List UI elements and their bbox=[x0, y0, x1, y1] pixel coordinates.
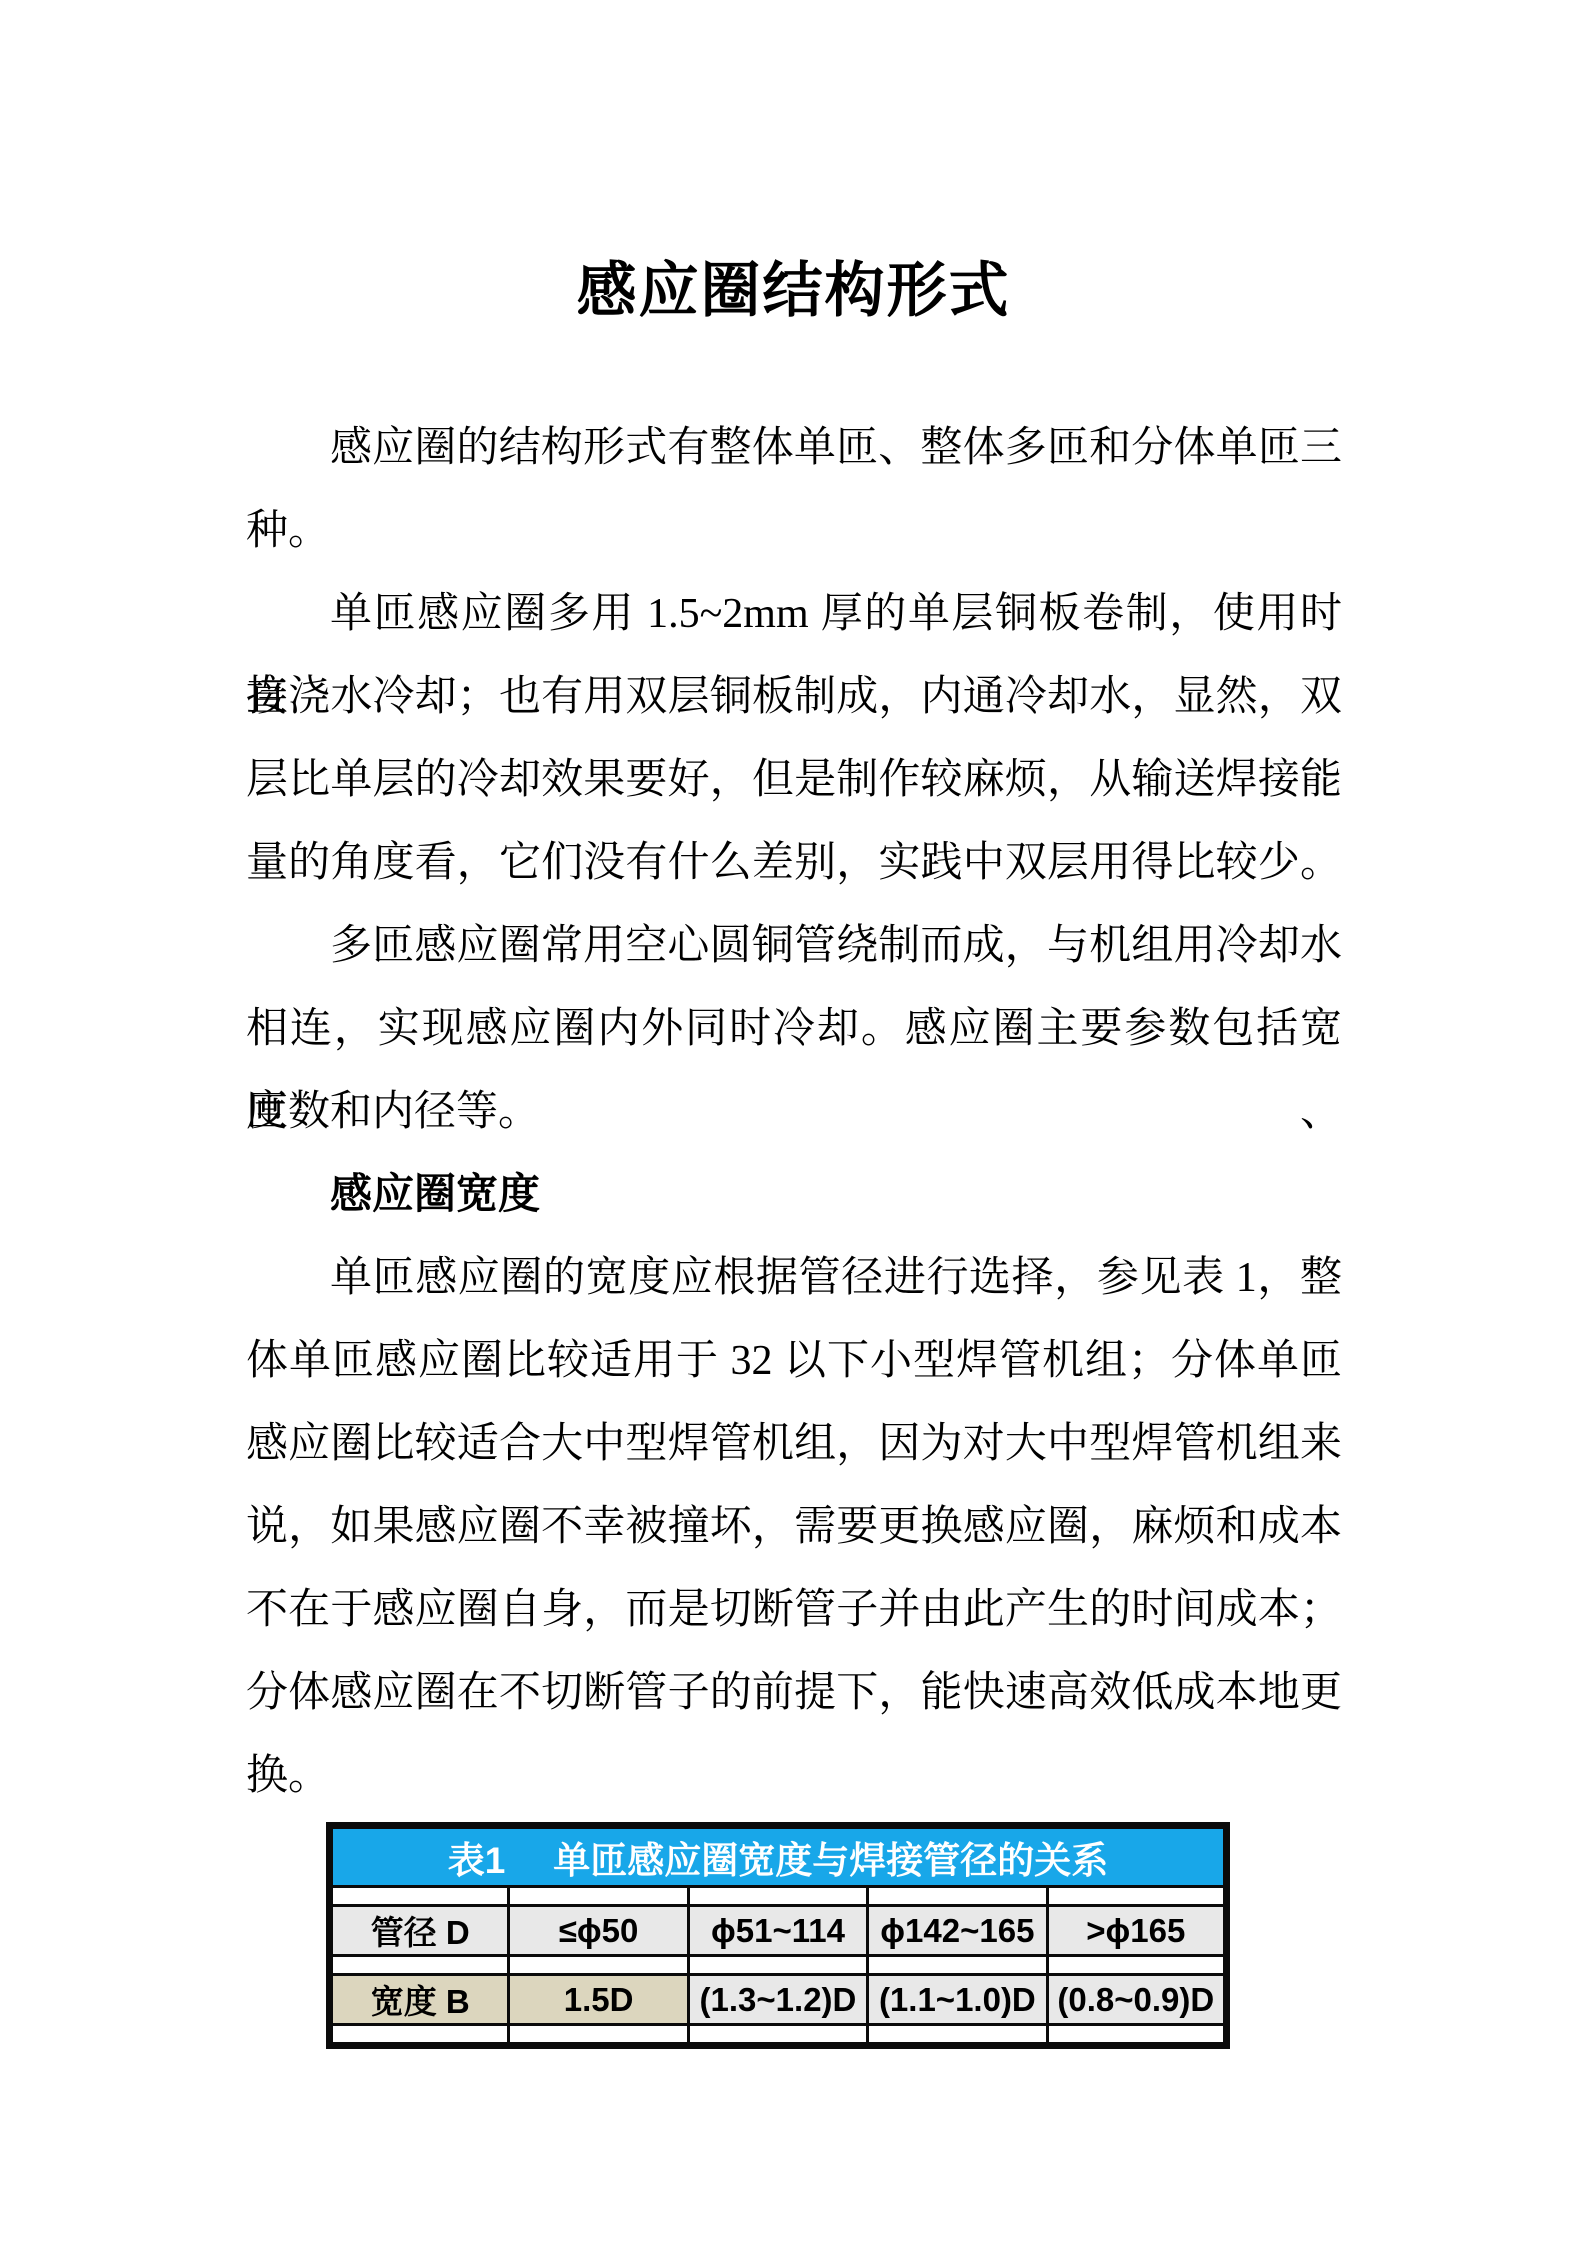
table-caption: 表1单匝感应圈宽度与焊接管径的关系 bbox=[330, 1826, 1227, 1887]
table-cell-width-label: 宽度 B bbox=[330, 1975, 509, 2025]
text-line: 体单匝感应圈比较适用于 32 以下小型焊管机组；分体单匝 bbox=[246, 1320, 1342, 1403]
table-cell-diameter-label: 管径 D bbox=[330, 1906, 509, 1956]
spacer-row bbox=[330, 1956, 1227, 1975]
text-line: 多匝感应圈常用空心圆铜管绕制而成，与机组用冷却水 bbox=[246, 905, 1342, 988]
document-title: 感应圈结构形式 bbox=[0, 258, 1587, 324]
diameter-row: 管径 D ≤ϕ50 ϕ51~114 ϕ142~165 >ϕ165 bbox=[330, 1906, 1227, 1956]
text-line: 种。 bbox=[246, 490, 1342, 573]
text-line: 量的角度看，它们没有什么差别，实践中双层用得比较少。 bbox=[246, 822, 1342, 905]
text-line: 单匝感应圈多用 1.5~2mm 厚的单层铜板卷制，使用时直 bbox=[246, 573, 1342, 656]
table-cell: >ϕ165 bbox=[1047, 1906, 1226, 1956]
table-cell: ϕ142~165 bbox=[868, 1906, 1047, 1956]
text-line: 层比单层的冷却效果要好，但是制作较麻烦，从输送焊接能 bbox=[246, 739, 1342, 822]
text-line: 换。 bbox=[246, 1735, 1342, 1818]
text-line: 不在于感应圈自身，而是切断管子并由此产生的时间成本； bbox=[246, 1569, 1342, 1652]
table-cell: (1.1~1.0)D bbox=[868, 1975, 1047, 2025]
text-line: 相连，实现感应圈内外同时冷却。感应圈主要参数包括宽度、 bbox=[246, 988, 1342, 1071]
table-cell: (0.8~0.9)D bbox=[1047, 1975, 1226, 2025]
table-caption-row: 表1单匝感应圈宽度与焊接管径的关系 bbox=[330, 1826, 1227, 1887]
table-caption-label: 表1 bbox=[448, 1840, 506, 1881]
section-heading: 感应圈宽度 bbox=[246, 1154, 1342, 1237]
text-line: 接浇水冷却；也有用双层铜板制成，内通冷却水，显然，双 bbox=[246, 656, 1342, 739]
table-cell: ≤ϕ50 bbox=[509, 1906, 688, 1956]
text-line: 分体感应圈在不切断管子的前提下，能快速高效低成本地更 bbox=[246, 1652, 1342, 1735]
table-caption-title: 单匝感应圈宽度与焊接管径的关系 bbox=[553, 1840, 1108, 1881]
coil-width-table: 表1单匝感应圈宽度与焊接管径的关系 管径 D ≤ϕ50 ϕ51~114 ϕ142… bbox=[326, 1822, 1230, 2049]
text-line: 感应圈比较适合大中型焊管机组，因为对大中型焊管机组来 bbox=[246, 1403, 1342, 1486]
width-row: 宽度 B 1.5D (1.3~1.2)D (1.1~1.0)D (0.8~0.9… bbox=[330, 1975, 1227, 2025]
table-cell: 1.5D bbox=[509, 1975, 688, 2025]
spacer-row bbox=[330, 1887, 1227, 1906]
document-page: 感应圈结构形式 感应圈的结构形式有整体单匝、整体多匝和分体单匝三 种。 单匝感应… bbox=[0, 0, 1587, 2245]
body-text: 感应圈的结构形式有整体单匝、整体多匝和分体单匝三 种。 单匝感应圈多用 1.5~… bbox=[246, 407, 1342, 1818]
text-line: 单匝感应圈的宽度应根据管径进行选择，参见表 1，整 bbox=[246, 1237, 1342, 1320]
spacer-row bbox=[330, 2025, 1227, 2046]
text-line: 说，如果感应圈不幸被撞坏，需要更换感应圈，麻烦和成本 bbox=[246, 1486, 1342, 1569]
table-cell: (1.3~1.2)D bbox=[688, 1975, 867, 2025]
text-line: 感应圈的结构形式有整体单匝、整体多匝和分体单匝三 bbox=[246, 407, 1342, 490]
table-cell: ϕ51~114 bbox=[688, 1906, 867, 1956]
